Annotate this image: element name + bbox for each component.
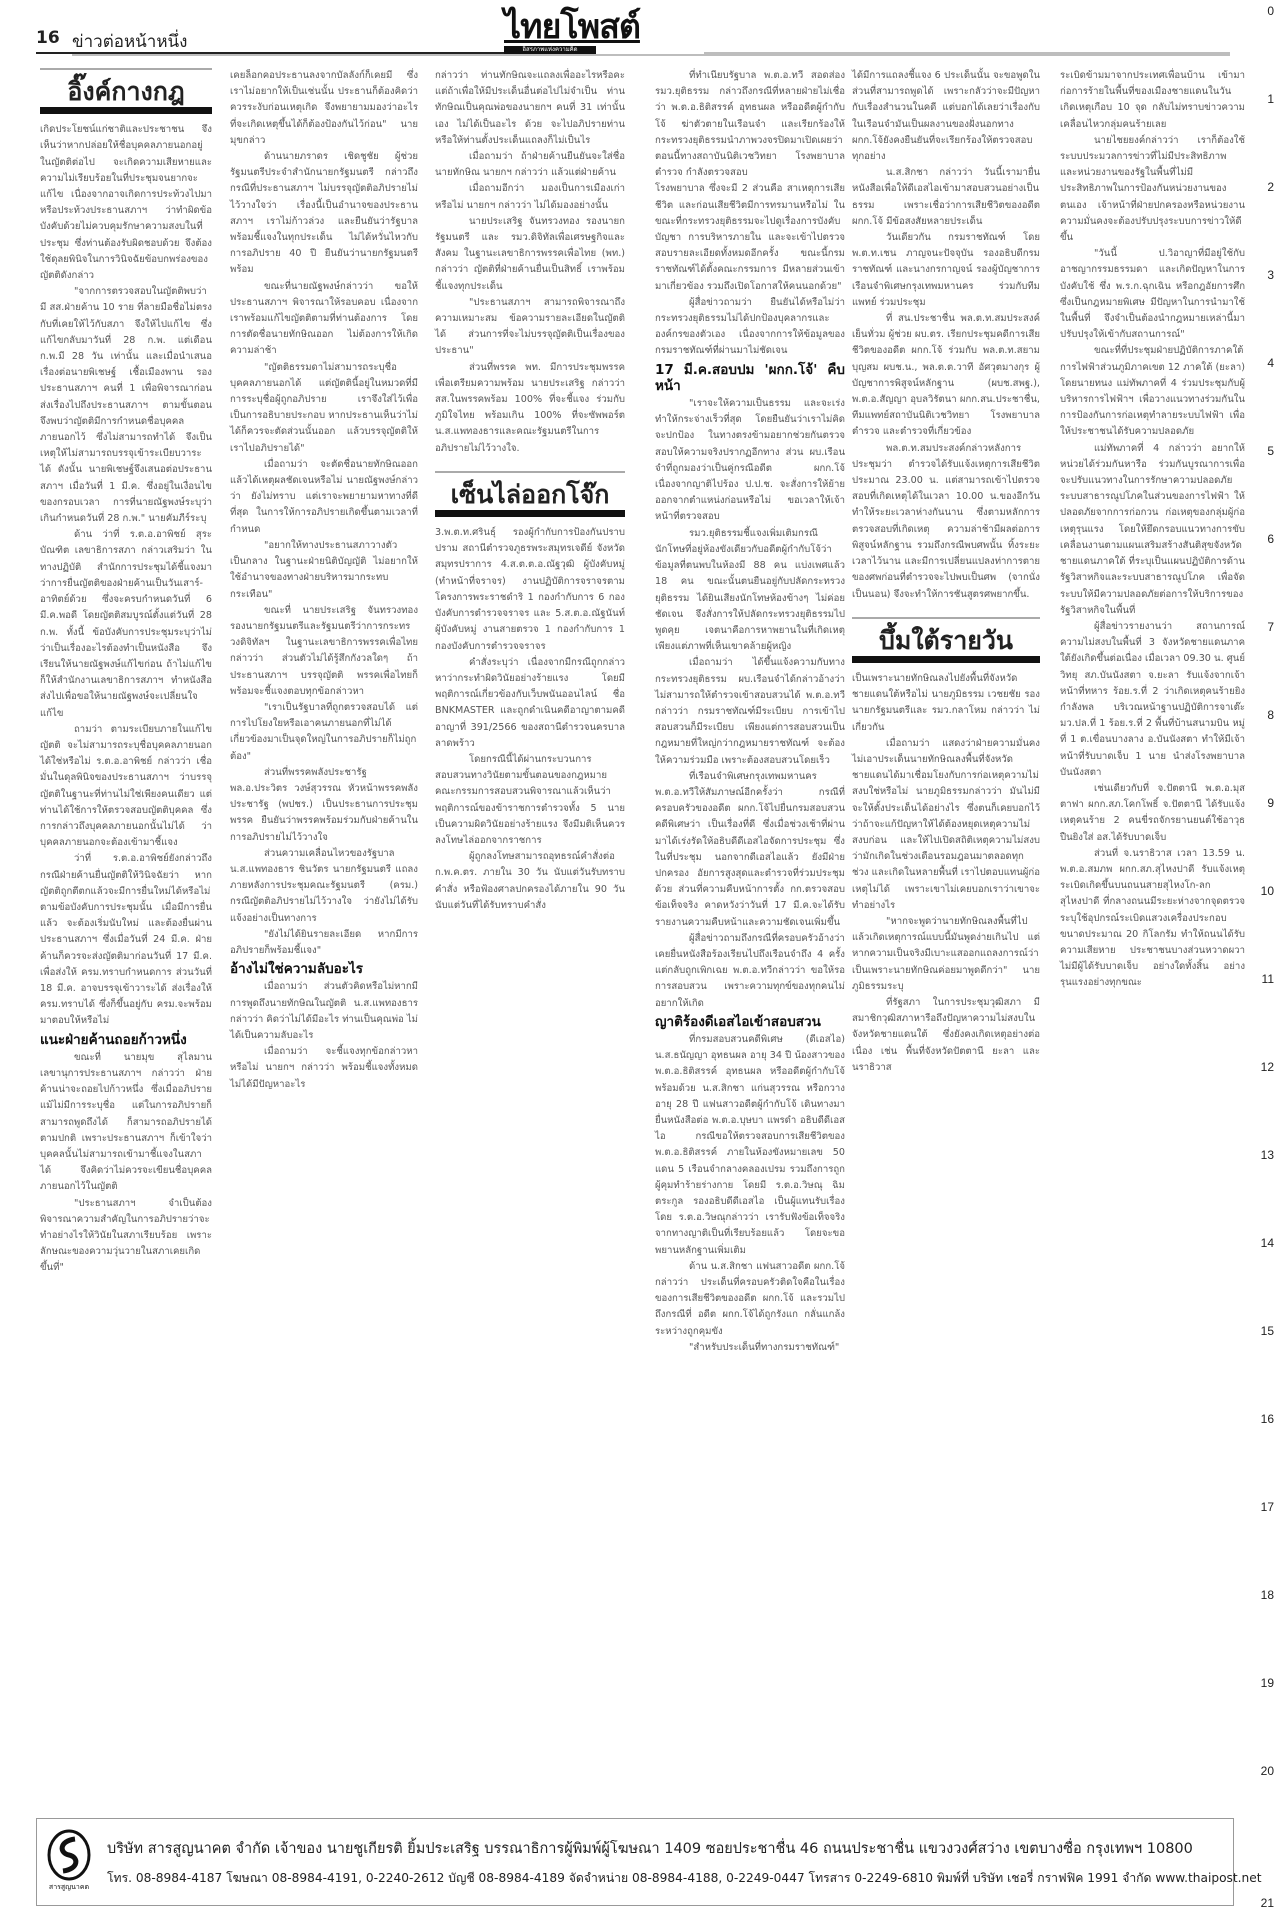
article-paragraph: เมื่อถามว่า ส่วนตัวคิดหรือไม่หากมีการพูด… bbox=[230, 979, 418, 1044]
story-headline-box: เซ็นไล่ออกโจ๊ก bbox=[435, 471, 625, 513]
row-number: 0 bbox=[1267, 4, 1274, 18]
row-number: 4 bbox=[1267, 356, 1274, 370]
row-number: 2 bbox=[1267, 180, 1274, 194]
article-paragraph: "เราเป็นรัฐบาลที่ถูกตรวจสอบได้ แต่การไปโ… bbox=[230, 700, 418, 765]
page-number: 16 bbox=[36, 28, 60, 48]
article-paragraph: "ญัตติธรรมดาไม่สามารถระบุชื่อบุคคลภายนอก… bbox=[230, 360, 418, 457]
row-number: 21 bbox=[1261, 1896, 1274, 1910]
article-paragraph: เป็นเพราะนายทักษิณลงไปยังพื้นที่จังหวัดช… bbox=[852, 671, 1040, 736]
article-paragraph: เมื่อถามว่า จะตัดชื่อนายทักษิณออกแล้วได้… bbox=[230, 457, 418, 538]
article-paragraph: คำสั่งระบุว่า เนื่องจากมีกรณีถูกกล่าวหาว… bbox=[435, 655, 625, 752]
article-paragraph: "ยังไม่ได้ยินรายละเอียด หากมีการอภิปรายก… bbox=[230, 927, 418, 959]
article-paragraph: ด้านนายภราดร เชิดชูชัย ผู้ช่วยรัฐมนตรีปร… bbox=[230, 149, 418, 279]
article-subheading: 17 มี.ค.สอบปม 'ผกก.โจ้' คืบหน้า bbox=[655, 362, 845, 394]
row-number: 7 bbox=[1267, 620, 1274, 634]
row-number: 13 bbox=[1261, 1148, 1274, 1162]
row-number: 9 bbox=[1267, 796, 1274, 810]
article-paragraph: "หากจะพูดว่านายทักษิณลงพื้นที่ไปแล้วเกิด… bbox=[852, 914, 1040, 995]
article-paragraph: เมื่อถามว่า ถ้าฝ่ายค้านยืนยันจะใส่ชื่อนา… bbox=[435, 149, 625, 181]
article-paragraph: ผู้สื่อข่าวรายงานว่า สถานการณ์ความไม่สงบ… bbox=[1060, 619, 1245, 781]
article-paragraph: เกิดประโยชน์แก่ชาติและประชาชน จึงเห็นว่า… bbox=[40, 122, 212, 284]
row-number: 10 bbox=[1261, 884, 1274, 898]
article-paragraph: ด้าน น.ส.สิกชา แฟนสาวอดีต ผกก.โจ้ กล่าวว… bbox=[655, 1259, 845, 1340]
article-paragraph: ขณะที่ นายประเสริฐ จันทรวงทอง รองนายกรัฐ… bbox=[230, 603, 418, 700]
article-paragraph: "ประธานสภาฯ จำเป็นต้องพิจารณาความสำคัญใน… bbox=[40, 1196, 212, 1277]
article-paragraph: นายประเสริฐ จันทรวงทอง รองนายกรัฐมนตรี แ… bbox=[435, 214, 625, 295]
publisher-imprint: สารสูญนาคต บริษัท สารสูญนาคต จำกัด เจ้าข… bbox=[36, 1818, 1234, 1906]
article-paragraph: "อยากให้ทางประธานสภาวางตัวเป็นกลาง ในฐาน… bbox=[230, 538, 418, 603]
row-number: 19 bbox=[1261, 1676, 1274, 1690]
publisher-logo-label: สารสูญนาคต bbox=[49, 1883, 90, 1891]
article-paragraph: นายไชยยงค์กล่าวว่า เราก็ต้องใช้ระบบประมว… bbox=[1060, 133, 1245, 246]
article-paragraph: ผู้สื่อข่าวถามถึงกรณีที่ครอบครัวอ้างว่าเ… bbox=[655, 931, 845, 1012]
article-paragraph: ว่าที่ ร.ต.อ.อาพิชย์ยังกล่าวถึงกรณีฝ่ายค… bbox=[40, 851, 212, 1029]
page-header: 16 ข่าวต่อหน้าหนึ่ง ไทยโพสต์ อิสรภาพแห่ง… bbox=[36, 26, 1230, 56]
article-paragraph: ถามว่า ตามระเบียบภายในแก้ไขญัตติ จะไม่สา… bbox=[40, 722, 212, 852]
article-paragraph: วันเดียวกัน กรมราชทัณฑ์ โดย พ.ต.ท.เชน ภา… bbox=[852, 230, 1040, 311]
row-number: 6 bbox=[1267, 532, 1274, 546]
column-4: ที่ทำเนียบรัฐบาล พ.ต.อ.ทวี สอดส่อง รมว.ย… bbox=[655, 68, 845, 1356]
row-number: 8 bbox=[1267, 708, 1274, 722]
article-paragraph: 3.พ.ต.ท.ศรินธุ์ รองผู้กำกับการป้องกันปรา… bbox=[435, 525, 625, 655]
article-paragraph: "สำหรับประเด็นที่ทางกรมราชทัณฑ์" bbox=[655, 1340, 845, 1356]
article-paragraph: เมื่อถามว่า จะชี้แจงทุกข้อกล่าวหาหรือไม่… bbox=[230, 1044, 418, 1093]
article-paragraph: ที่ทำเนียบรัฐบาล พ.ต.อ.ทวี สอดส่อง รมว.ย… bbox=[655, 68, 845, 181]
article-paragraph: ส่วนที่ จ.นราธิวาส เวลา 13.59 น. พ.ต.อ.ส… bbox=[1060, 846, 1245, 992]
article-paragraph: แม่ทัพภาคที่ 4 กล่าวว่า อยากให้หน่วยได้ร… bbox=[1060, 441, 1245, 619]
article-paragraph: ผู้สื่อข่าวถามว่า ยืนยันได้หรือไม่ว่ากระ… bbox=[655, 295, 845, 360]
masthead-logo: ไทยโพสต์ อิสรภาพแห่งความคิด bbox=[504, 10, 704, 54]
article-paragraph: ส่วนที่พรรคพลังประชารัฐ พล.อ.ประวิตร วงษ… bbox=[230, 765, 418, 846]
column-5: ได้มีการแถลงชี้แจง 6 ประเด็นนั้น จะขอพูด… bbox=[852, 68, 1040, 1076]
logo-tagline: อิสรภาพแห่งความคิด bbox=[504, 46, 596, 54]
column-3: กล่าวว่า ท่านทักษิณจะแถลงเพื่ออะไรหรือคะ… bbox=[435, 68, 625, 914]
article-paragraph: เคยล็อกคอประธานลงจากบัลลังก์ก็เคยมี ซึ่ง… bbox=[230, 68, 418, 149]
logo-text: ไทยโพสต์ bbox=[504, 10, 704, 44]
article-paragraph: ระเบิดข้ามมาจากประเทศเพื่อนบ้าน เข้ามาก่… bbox=[1060, 68, 1245, 133]
row-number: 3 bbox=[1267, 268, 1274, 282]
article-subheading: ญาติร้องดีเอสไอเข้าสอบสวน bbox=[655, 1014, 845, 1030]
publisher-logo-icon: สารสูญนาคต bbox=[45, 1829, 93, 1891]
article-paragraph: ส่วนความเคลื่อนไหวของรัฐบาล น.ส.แพทองธาร… bbox=[230, 846, 418, 927]
row-number: 14 bbox=[1261, 1236, 1274, 1250]
article-paragraph: "จากการตรวจสอบในญัตติพบว่ามี สส.ฝ่ายค้าน… bbox=[40, 284, 212, 527]
article-paragraph: ได้มีการแถลงชี้แจง 6 ประเด็นนั้น จะขอพูด… bbox=[852, 68, 1040, 165]
row-number: 5 bbox=[1267, 444, 1274, 458]
article-subheading: แนะฝ่ายค้านถอยก้าวหนึ่ง bbox=[40, 1032, 212, 1048]
article-paragraph: ที่ สน.ประชาชื่น พล.ต.ท.สมประสงค์ เย็นทั… bbox=[852, 311, 1040, 441]
imprint-line-2: โทร. 08-8984-4187 โฆษณา 08-8984-4191, 0-… bbox=[107, 1869, 1262, 1888]
article-subheading: อ้างไม่ใช่ความลับอะไร bbox=[230, 961, 418, 977]
row-number: 17 bbox=[1261, 1500, 1274, 1514]
article-paragraph: ที่เรือนจำพิเศษกรุงเทพมหานคร พ.ต.อ.ทวีให… bbox=[655, 769, 845, 931]
row-number: 18 bbox=[1261, 1588, 1274, 1602]
article-paragraph: โดยกรณีนี้ได้ผ่านกระบวนการสอบสวนทางวินัย… bbox=[435, 752, 625, 849]
article-paragraph: ที่รัฐสภา ในการประชุมวุฒิสภา มีสมาชิกวุฒ… bbox=[852, 995, 1040, 1076]
imprint-line-1: บริษัท สารสูญนาคต จำกัด เจ้าของ นายชูเกี… bbox=[107, 1837, 1193, 1860]
article-paragraph: "ประธานสภาฯ สามารถพิจารณาถึงความเหมาะสม … bbox=[435, 295, 625, 360]
article-paragraph: ด้าน ว่าที่ ร.ต.อ.อาพิชย์ สุระบัณฑิต เลข… bbox=[40, 527, 212, 721]
story-headline-box: อิ๊งค์กางกฎ bbox=[40, 68, 212, 110]
article-paragraph: "เราจะให้ความเป็นธรรม และจะเร่งทำให้กระจ… bbox=[655, 396, 845, 526]
row-number: 1 bbox=[1267, 92, 1274, 106]
article-paragraph: ขณะที่ นายมุข สุไลมาน เลขานุการประธานสภา… bbox=[40, 1050, 212, 1196]
row-number: 16 bbox=[1261, 1412, 1274, 1426]
article-paragraph: ที่กรมสอบสวนคดีพิเศษ (ดีเอสไอ) น.ส.ธนัญญ… bbox=[655, 1032, 845, 1259]
article-paragraph: เมื่อถามว่า ได้ขึ้นแจ้งความกับทางกระทรวง… bbox=[655, 655, 845, 768]
header-rule-dark bbox=[36, 52, 506, 54]
article-paragraph: กล่าวว่า ท่านทักษิณจะแถลงเพื่ออะไรหรือคะ… bbox=[435, 68, 625, 149]
article-paragraph: เมื่อถามว่า แสดงว่าฝ่ายความมั่นคงไม่เอาป… bbox=[852, 736, 1040, 914]
column-2: เคยล็อกคอประธานลงจากบัลลังก์ก็เคยมี ซึ่ง… bbox=[230, 68, 418, 1093]
article-paragraph: "วันนี้ ป.วิอาญาที่มีอยู่ใช้กับอาชญากรรม… bbox=[1060, 246, 1245, 343]
article-paragraph: ผู้ถูกลงโทษสามารถอุทธรณ์คำสั่งต่อ ก.พ.ค.… bbox=[435, 849, 625, 914]
article-paragraph: ขณะที่ที่ประชุมฝ่ายปฏิบัติการภาคใต้ การไ… bbox=[1060, 343, 1245, 440]
column-6: ระเบิดข้ามมาจากประเทศเพื่อนบ้าน เข้ามาก่… bbox=[1060, 68, 1245, 992]
article-paragraph: เมื่อถามอีกว่า มองเป็นการเมืองเก่าหรือไม… bbox=[435, 181, 625, 213]
article-paragraph: ส่วนที่พรรค พท. มีการประชุมพรรคเพื่อเตรี… bbox=[435, 360, 625, 457]
row-number: 12 bbox=[1261, 1060, 1274, 1074]
column-1: อิ๊งค์กางกฎ เกิดประโยชน์แก่ชาติและประชาช… bbox=[40, 68, 212, 1277]
section-title: ข่าวต่อหน้าหนึ่ง bbox=[72, 28, 187, 55]
row-number: 15 bbox=[1261, 1324, 1274, 1338]
row-number: 20 bbox=[1261, 1764, 1274, 1778]
article-paragraph: โรงพยาบาล ซึ่งจะมี 2 ส่วนคือ สาเหตุการเส… bbox=[655, 181, 845, 294]
article-paragraph: พล.ต.ท.สมประสงค์กล่าวหลังการประชุมว่า ตำ… bbox=[852, 441, 1040, 603]
article-paragraph: ขณะที่นายณัฐพงษ์กล่าวว่า ขอให้ประธานสภาฯ… bbox=[230, 279, 418, 360]
row-number: 11 bbox=[1262, 972, 1274, 986]
article-paragraph: รมว.ยุติธรรมชี้แจงเพิ่มเติมกรณีนักโทษที่… bbox=[655, 526, 845, 656]
story-headline-box: บึ้มใต้รายวัน bbox=[852, 617, 1040, 659]
article-paragraph: น.ส.สิกชา กล่าวว่า วันนี้เรามายื่นหนังสื… bbox=[852, 165, 1040, 230]
article-paragraph: เช่นเดียวกับที่ จ.ปัตตานี พ.ต.อ.มุสตาฟา … bbox=[1060, 781, 1245, 846]
